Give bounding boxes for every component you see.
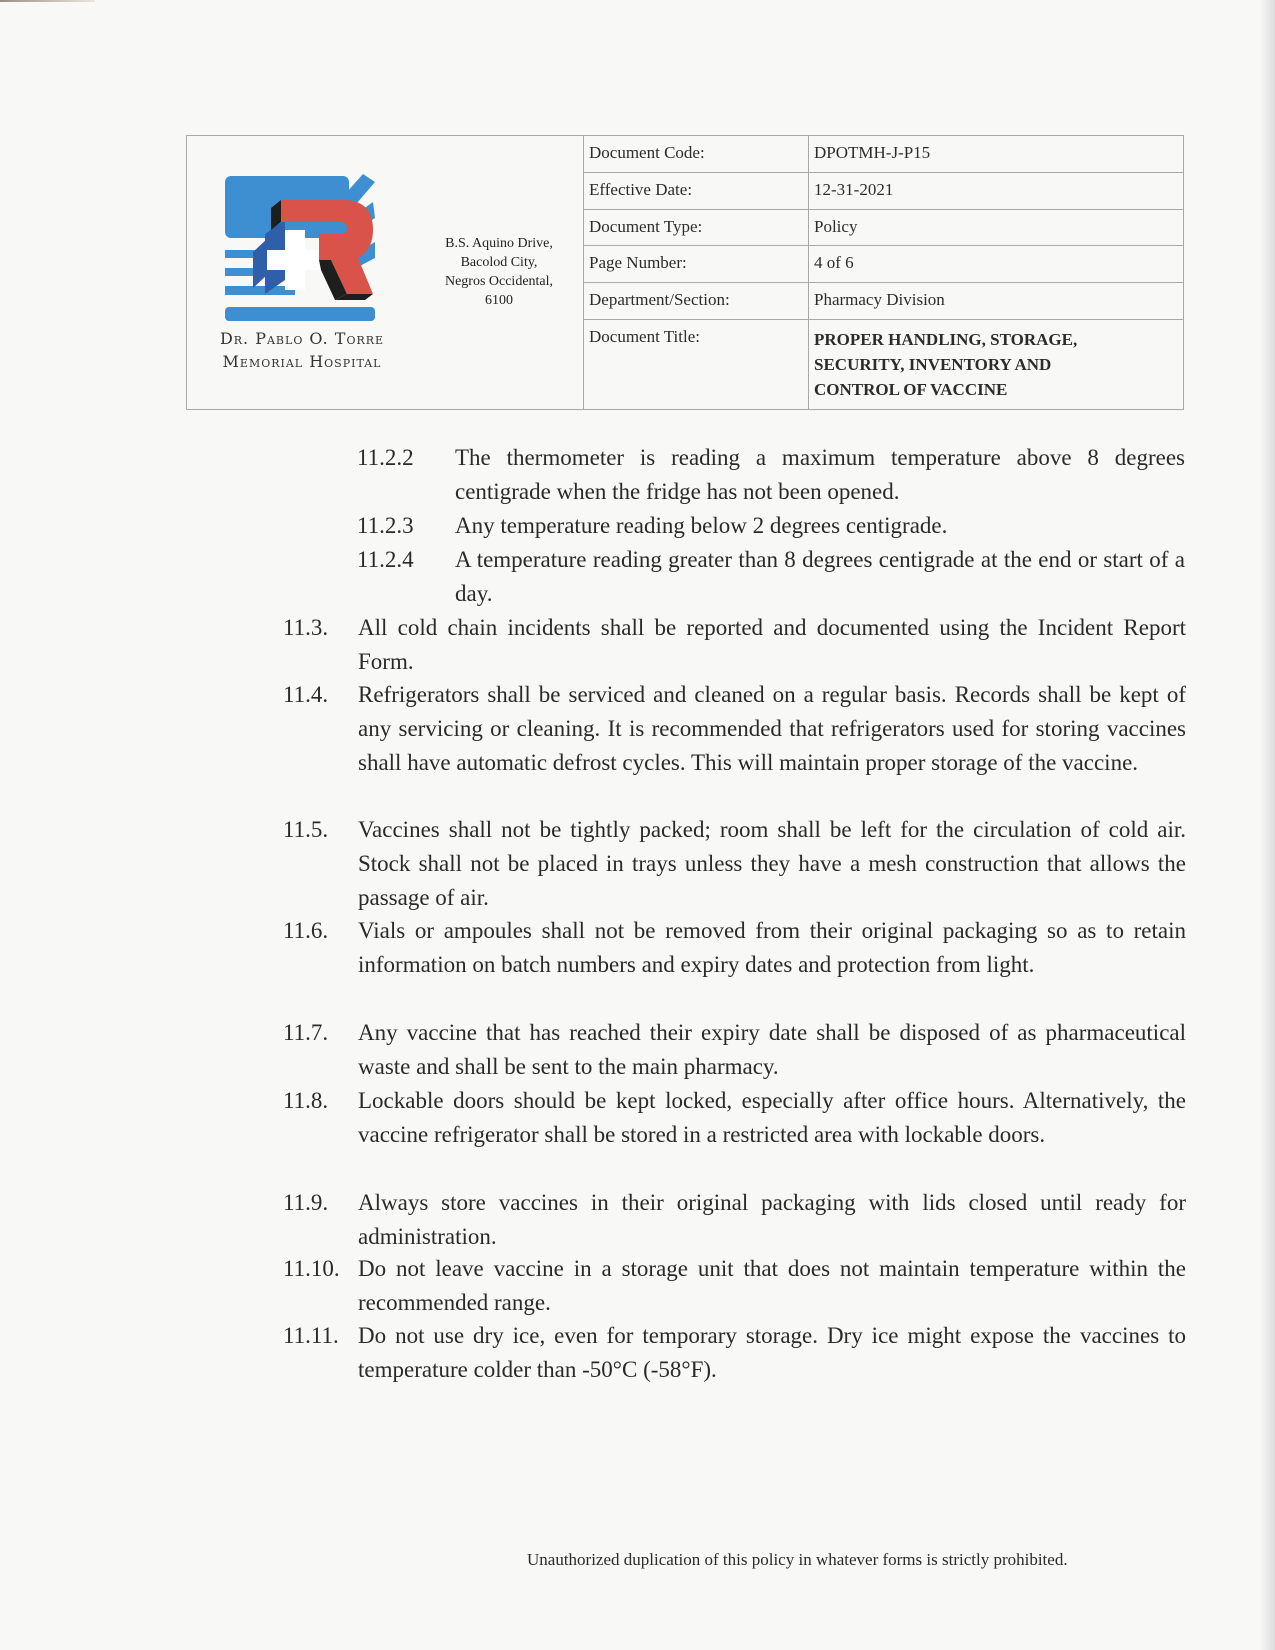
document-code: DPOTMH-J-P15 xyxy=(814,143,930,163)
row-document-type: Document Type: Policy xyxy=(584,210,1183,246)
effective-date: 12-31-2021 xyxy=(814,180,893,200)
row-document-code: Document Code: DPOTMH-J-P15 xyxy=(584,136,1183,173)
document-metadata: Document Code: DPOTMH-J-P15 Effective Da… xyxy=(584,136,1183,409)
hospital-identity-cell: Dr. Pablo O. Torre Memorial Hospital B.S… xyxy=(187,136,584,409)
document-type: Policy xyxy=(814,217,857,237)
row-page-number: Page Number: 4 of 6 xyxy=(584,246,1183,283)
hospital-name: Dr. Pablo O. Torre Memorial Hospital xyxy=(187,327,417,373)
scan-edge-shadow xyxy=(0,0,95,2)
scan-edge-shadow-right xyxy=(1261,0,1275,1650)
footer-notice: Unauthorized duplication of this policy … xyxy=(527,1550,1068,1570)
row-effective-date: Effective Date: 12-31-2021 xyxy=(584,173,1183,210)
document-header-table: Dr. Pablo O. Torre Memorial Hospital B.S… xyxy=(186,135,1184,410)
page-number: 4 of 6 xyxy=(814,253,854,273)
department: Pharmacy Division xyxy=(814,290,945,310)
hospital-address: B.S. Aquino Drive, Bacolod City, Negros … xyxy=(419,234,579,310)
hospital-logo-icon xyxy=(223,172,383,326)
row-department: Department/Section: Pharmacy Division xyxy=(584,283,1183,320)
document-title: PROPER HANDLING, STORAGE, SECURITY, INVE… xyxy=(814,327,1077,402)
row-document-title: Document Title: PROPER HANDLING, STORAGE… xyxy=(584,320,1183,409)
